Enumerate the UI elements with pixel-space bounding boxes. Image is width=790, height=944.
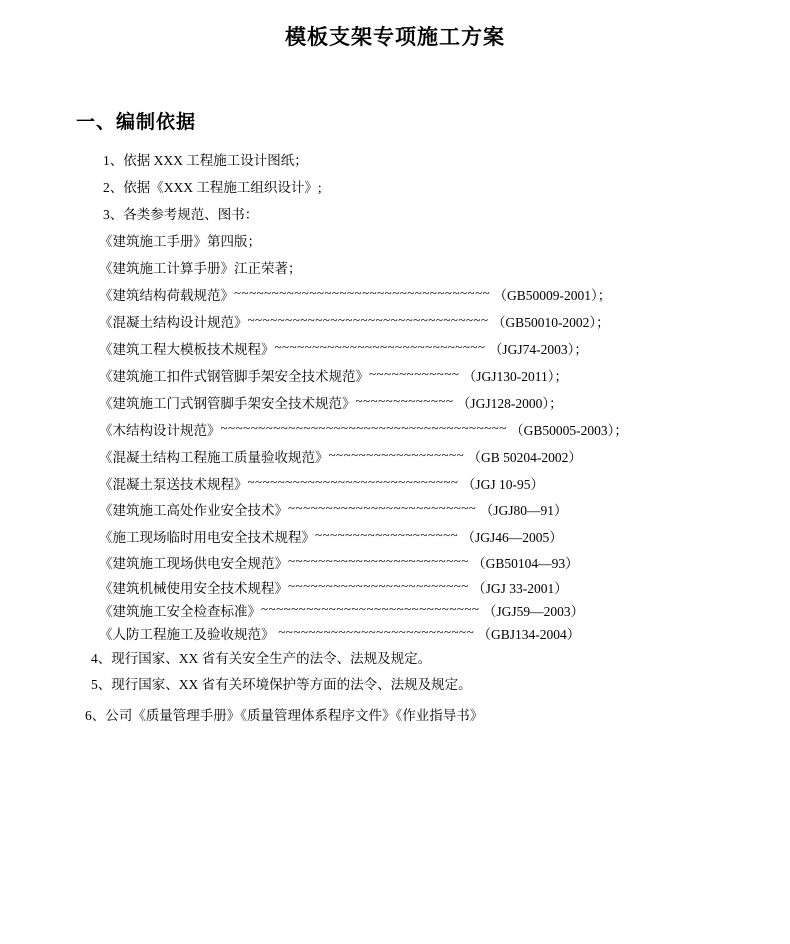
- list-item-5: 5、现行国家、XX 省有关环境保护等方面的法令、法规及规定。: [91, 672, 790, 698]
- standard-name: 《混凝土泵送技术规程》: [99, 477, 248, 492]
- standard-line: 《混凝土结构设计规范》~~~~~~~~~~~~~~~~~~~~~~~~~~~~~…: [99, 309, 790, 336]
- standard-line: 《建筑施工门式钢管脚手架安全技术规范》~~~~~~~~~~~~~ （JGJ128…: [99, 390, 790, 417]
- standard-code: （JGJ130-2011）；: [463, 369, 568, 384]
- standard-code: （GBJ134-2004）: [478, 627, 581, 642]
- standard-code: （JGJ 33-2001）: [472, 581, 568, 596]
- book-reference: 《建筑施工手册》第四版；: [99, 228, 790, 255]
- standard-name: 《木结构设计规范》: [99, 423, 221, 438]
- standard-line: 《人防工程施工及验收规范》 ~~~~~~~~~~~~~~~~~~~~~~~~~~…: [99, 623, 790, 646]
- standard-line: 《木结构设计规范》~~~~~~~~~~~~~~~~~~~~~~~~~~~~~~~…: [99, 417, 790, 444]
- standard-code: （JGJ128-2000）；: [457, 396, 563, 411]
- standard-code: （JGJ 10-95）: [462, 477, 544, 492]
- standard-leader: ~~~~~~~~~~~~~~~~~~~~~~~~~: [288, 500, 476, 515]
- standard-name: 《建筑施工高处作业安全技术》: [99, 503, 288, 518]
- standard-leader: ~~~~~~~~~~~~~~~~~~~~~~~~~~~~~~~~: [248, 312, 489, 327]
- standard-line: 《混凝土结构工程施工质量验收规范》~~~~~~~~~~~~~~~~~~ （GB …: [99, 444, 790, 471]
- standard-name: 《建筑工程大模板技术规程》: [99, 342, 275, 357]
- list-item-3: 3、各类参考规范、图书：: [103, 201, 790, 228]
- list-item-6: 6、公司《质量管理手册》《质量管理体系程序文件》《作业指导书》: [85, 702, 790, 729]
- standard-name: 《建筑施工扣件式钢管脚手架安全技术规范》: [99, 369, 369, 384]
- standard-line: 《建筑机械使用安全技术规程》~~~~~~~~~~~~~~~~~~~~~~~~ （…: [99, 577, 790, 600]
- document-page: 模板支架专项施工方案 一、编制依据 1、依据 XXX 工程施工设计图纸； 2、依…: [0, 0, 790, 944]
- standard-name: 《建筑结构荷载规范》: [99, 288, 234, 303]
- standard-code: （GB50005-2003）；: [510, 423, 628, 438]
- document-body: 1、依据 XXX 工程施工设计图纸； 2、依据《XXX 工程施工组织设计》; 3…: [85, 147, 790, 729]
- standard-name: 《建筑机械使用安全技术规程》: [99, 581, 288, 596]
- standard-code: （JGJ46—2005）: [462, 530, 563, 545]
- standard-line: 《建筑结构荷载规范》~~~~~~~~~~~~~~~~~~~~~~~~~~~~~~…: [99, 282, 790, 309]
- standard-code: （GB 50204-2002）: [467, 450, 581, 465]
- standard-leader: ~~~~~~~~~~~~~~~~~~: [329, 447, 465, 462]
- standard-leader: ~~~~~~~~~~~~: [369, 366, 459, 381]
- standard-code: （GB50010-2002）；: [492, 315, 610, 330]
- standard-line: 《建筑施工现场供电安全规范》~~~~~~~~~~~~~~~~~~~~~~~~ （…: [99, 551, 790, 577]
- standard-code: （GB50104—93）: [472, 556, 579, 571]
- standard-code: （JGJ74-2003）；: [489, 342, 588, 357]
- section-heading: 一、编制依据: [76, 112, 790, 134]
- list-item-1: 1、依据 XXX 工程施工设计图纸；: [103, 147, 790, 174]
- standard-leader: ~~~~~~~~~~~~~: [356, 393, 454, 408]
- standard-line: 《建筑施工扣件式钢管脚手架安全技术规范》~~~~~~~~~~~~ （JGJ130…: [99, 363, 790, 390]
- standard-leader: ~~~~~~~~~~~~~~~~~~~~~~~~: [288, 578, 469, 593]
- standard-leader: ~~~~~~~~~~~~~~~~~~~~~~~~~~~~~~~~~~~~~~: [221, 420, 507, 435]
- standard-line: 《建筑工程大模板技术规程》~~~~~~~~~~~~~~~~~~~~~~~~~~~…: [99, 336, 790, 363]
- book-reference: 《建筑施工计算手册》江正荣著；: [99, 255, 790, 282]
- standard-line: 《施工现场临时用电安全技术规程》~~~~~~~~~~~~~~~~~~~ （JGJ…: [99, 524, 790, 551]
- standard-name: 《人防工程施工及验收规范》: [99, 627, 275, 642]
- standard-name: 《建筑施工现场供电安全规范》: [99, 556, 288, 571]
- standard-line: 《建筑施工高处作业安全技术》~~~~~~~~~~~~~~~~~~~~~~~~~ …: [99, 498, 790, 524]
- standard-code: （GB50009-2001）；: [494, 288, 612, 303]
- standard-leader: ~~~~~~~~~~~~~~~~~~~~~~~~~~~~: [275, 339, 486, 354]
- standard-code: （JGJ59—2003）: [483, 604, 584, 619]
- list-item-4: 4、现行国家、XX 省有关安全生产的法令、法规及规定。: [91, 646, 790, 672]
- standard-name: 《混凝土结构工程施工质量验收规范》: [99, 450, 329, 465]
- document-title: 模板支架专项施工方案: [0, 0, 790, 49]
- standard-name: 《施工现场临时用电安全技术规程》: [99, 530, 315, 545]
- standard-name: 《建筑施工门式钢管脚手架安全技术规范》: [99, 396, 356, 411]
- standard-leader: ~~~~~~~~~~~~~~~~~~~~~~~~~~~~~~~~~~: [234, 285, 490, 300]
- standard-name: 《建筑施工安全检查标准》: [99, 604, 261, 619]
- standard-line: 《建筑施工安全检查标准》~~~~~~~~~~~~~~~~~~~~~~~~~~~~…: [99, 600, 790, 623]
- standard-leader: ~~~~~~~~~~~~~~~~~~~~~~~~: [288, 553, 469, 568]
- standard-code: （JGJ80—91）: [480, 503, 568, 518]
- standard-leader: ~~~~~~~~~~~~~~~~~~~~~~~~~~: [275, 624, 475, 639]
- standard-line: 《混凝土泵送技术规程》~~~~~~~~~~~~~~~~~~~~~~~~~~~~ …: [99, 471, 790, 498]
- list-item-2: 2、依据《XXX 工程施工组织设计》;: [103, 174, 790, 201]
- standard-leader: ~~~~~~~~~~~~~~~~~~~~~~~~~~~~~: [261, 601, 479, 616]
- standard-leader: ~~~~~~~~~~~~~~~~~~~: [315, 527, 458, 542]
- standard-leader: ~~~~~~~~~~~~~~~~~~~~~~~~~~~~: [248, 474, 459, 489]
- standard-name: 《混凝土结构设计规范》: [99, 315, 248, 330]
